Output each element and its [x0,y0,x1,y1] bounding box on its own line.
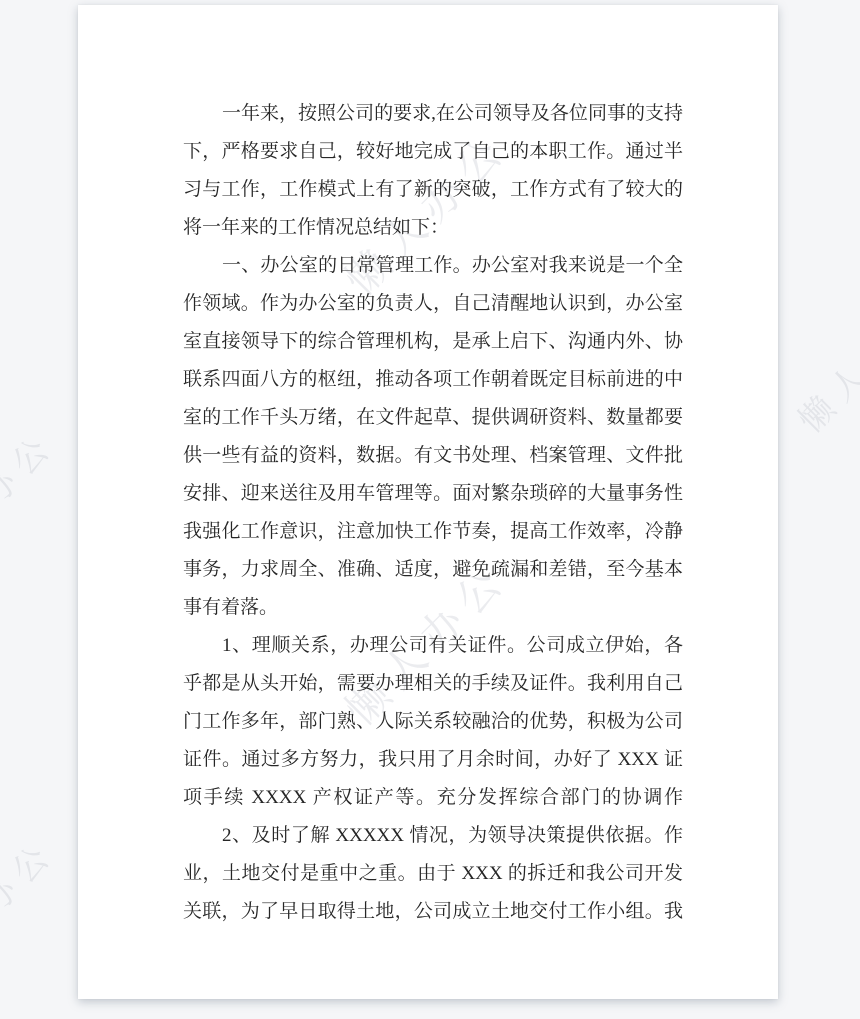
text-line: 门工作多年，部门熟、人际关系较融洽的优势，积极为公司办理各类 [183,703,683,741]
document-body-text: 一年来，按照公司的要求,在公司领导及各位同事的支持与帮助下，严格要求自己，较好地… [183,95,683,931]
text-line: 关联，为了早日取得土地，公司成立土地交付工作小组。我作小组成 [183,893,683,931]
text-line: 安排、迎来送往及用车管理等。面对繁杂琐碎的大量事务性工作，自 [183,475,683,513]
text-line: 事务，力求周全、准确、适度，避免疏漏和差错，至今基本做到了事 [183,551,683,589]
text-line: 习与工作，工作模式上有了新的突破，工作方式有了较大的改变，现 [183,171,683,209]
text-line: 作领域。作为办公室的负责人，自己清醒地认识到，办公室是总经理 [183,285,683,323]
watermark-text: 懒人办公 [785,282,860,441]
text-line: 下，严格要求自己，较好地完成了自己的本职工作。通过半年来的学 [183,133,683,171]
text-line: 2、及时了解 XXXXX 情况，为领导决策提供依据。作为 XXXXX 企 [183,817,683,855]
watermark-text: 懒人办公 [0,418,65,577]
text-line: 业，土地交付是重中之重。由于 XXX 的拆迁和我公司开发进度有密切 [183,855,683,893]
text-line: 一年来，按照公司的要求,在公司领导及各位同事的支持与帮助 [183,95,683,133]
text-line: 将一年来的工作情况总结如下： [183,209,683,247]
text-line: 一、办公室的日常管理工作。办公室对我来说是一个全新的工 [183,247,683,285]
watermark-text: 懒人办公 [0,826,65,985]
text-line: 1、理顺关系，办理公司有关证件。公司成立伊始，各项工作几 [183,627,683,665]
text-line: 室直接领导下的综合管理机构，是承上启下、沟通内外、协调左右、 [183,323,683,361]
text-line: 证件。通过多方努力，我只用了月余时间，办好了 XXX 证书、项目立 [183,741,683,779]
text-line: 室的工作千头万绪，在文件起草、提供调研资料、数量都要为决策提 [183,399,683,437]
text-line: 我强化工作意识，注意加快工作节奏，提高工作效率，冷静办理各项 [183,513,683,551]
text-line: 乎都是从头开始，需要办理相关的手续及证件。我利用自己在 XX 部 [183,665,683,703]
text-line: 联系四面八方的枢纽，推动各项工作朝着既定目标前进的中心。办公 [183,361,683,399]
text-line: 事有着落。 [183,589,683,627]
text-line: 项手续 XXXX 产权证产等。充分发挥综合部门的协调作用。 [183,779,683,817]
text-line: 供一些有益的资料，数据。有文书处理、档案管理、文件批转、会议 [183,437,683,475]
document-canvas: 懒人办公懒人办公懒人办公懒人办公懒人办公 一年来，按照公司的要求,在公司领导及各… [0,0,860,1019]
